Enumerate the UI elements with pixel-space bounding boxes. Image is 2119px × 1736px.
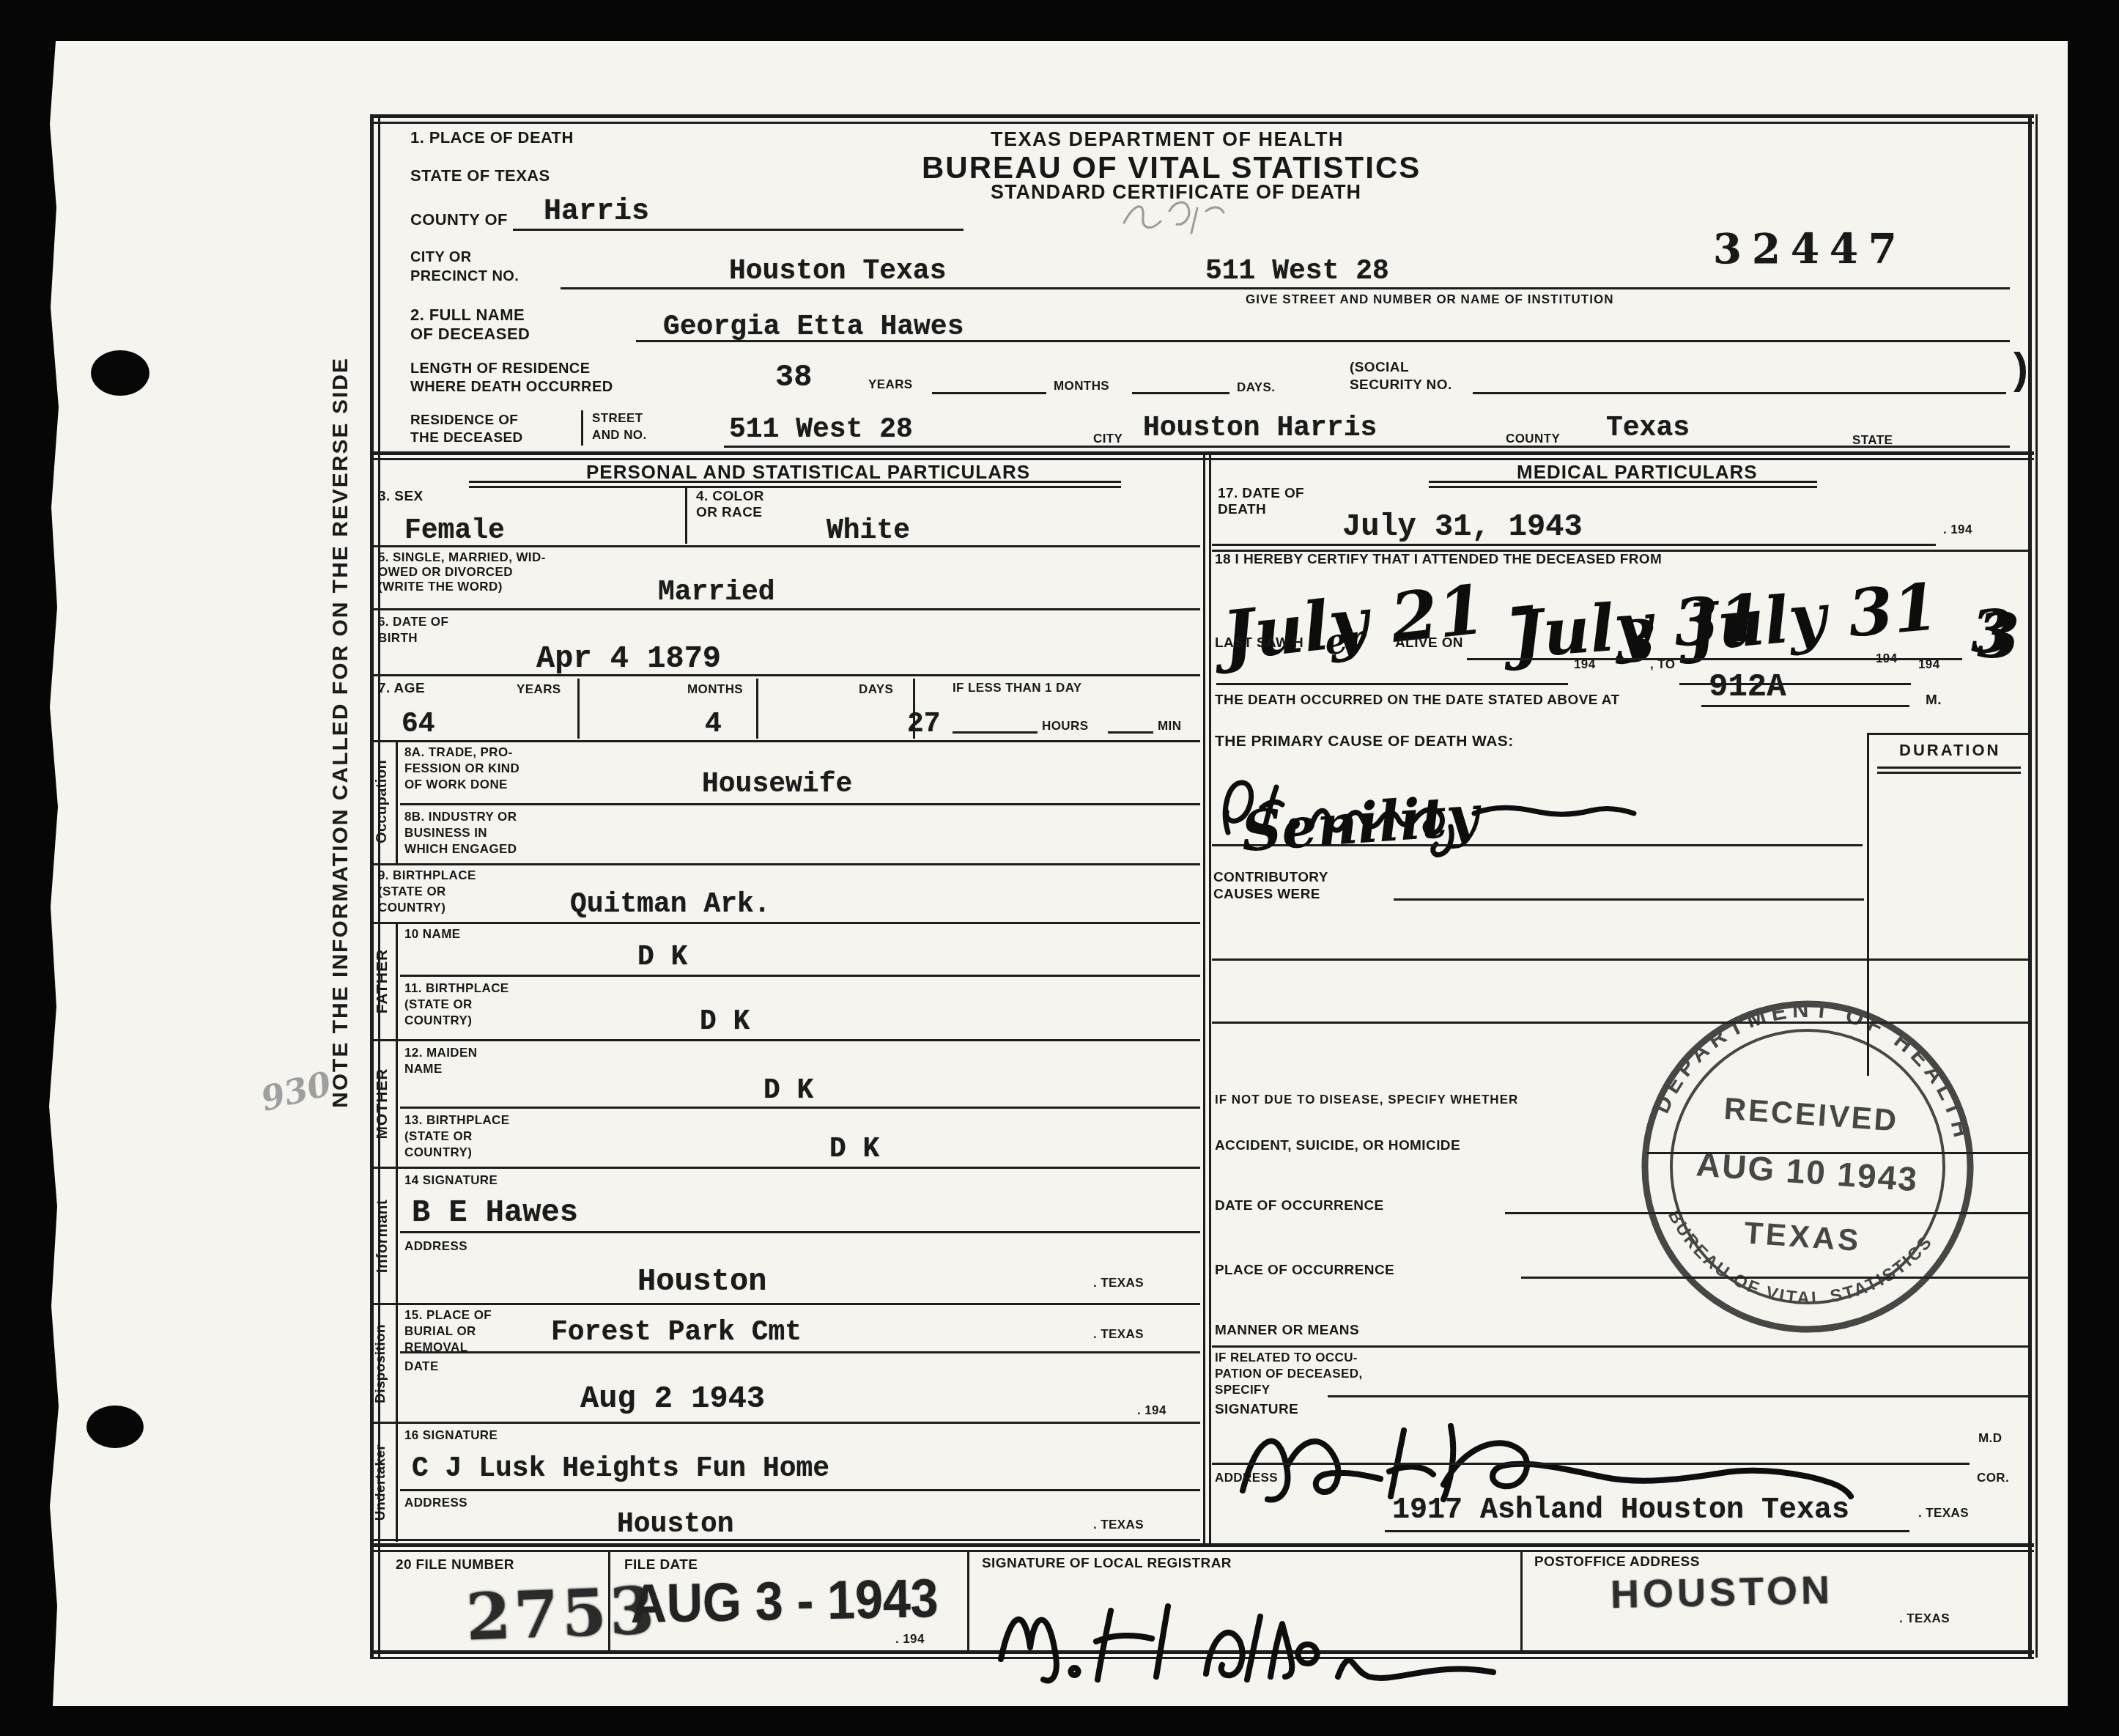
stamp-date: AUG 10 1943 (1695, 1145, 1919, 1198)
related-label3: SPECIFY (1215, 1384, 1271, 1397)
sex-label: 3. SEX (378, 490, 424, 505)
field-line (400, 975, 1200, 977)
informant-sig-value: B E Hawes (412, 1197, 578, 1228)
field-line (1328, 1395, 2030, 1397)
column-divider2 (1209, 451, 1211, 1546)
handwritten-er: er (1323, 620, 1368, 660)
field-line (932, 392, 1046, 394)
field-line (372, 1422, 1200, 1424)
field-line (1701, 705, 1909, 707)
mother-bp-label2: (STATE OR (404, 1130, 473, 1144)
age-divider (577, 679, 580, 739)
city-value: Houston Texas (729, 258, 946, 286)
mother-name-label2: NAME (404, 1063, 443, 1076)
mother-bp-label3: COUNTRY) (404, 1146, 472, 1160)
dod-label: 17. DATE OF (1218, 487, 1304, 502)
trade-label2: FESSION OR KIND (404, 762, 519, 776)
field-line (372, 1167, 1200, 1169)
field-line (372, 608, 1200, 610)
field-line (513, 229, 964, 231)
md-addr-value: 1917 Ashland Houston Texas (1392, 1496, 1849, 1526)
field-line (1394, 898, 1864, 901)
handwritten-cause-line2: Senility (1240, 788, 1481, 860)
punch-hole-top (91, 350, 149, 396)
informant-sig-label: 14 SIGNATURE (404, 1174, 498, 1188)
handwritten-registrar-signature (988, 1565, 1515, 1704)
band-divider4 (396, 1168, 398, 1303)
section-rule (370, 451, 2034, 455)
city-label2: PRECINCT NO. (410, 268, 519, 284)
contributory-label: CONTRIBUTORY (1213, 871, 1328, 886)
trade-value: Housewife (702, 771, 852, 799)
burial-date-value: Aug 2 1943 (580, 1384, 765, 1414)
form-border-top (370, 114, 2034, 118)
suffix-194: . 194 (1137, 1404, 1166, 1418)
duration-label: DURATION (1899, 742, 2000, 759)
field-line (1212, 959, 2030, 961)
place-of-death-label: 1. PLACE OF DEATH (410, 129, 574, 147)
dod-194: . 194 (1943, 523, 1972, 537)
disposition-side-label: Disposition (374, 1306, 389, 1422)
ssn-close-paren: ) (2013, 344, 2028, 393)
duration-underline2 (1877, 772, 2021, 774)
industry-label: 8B. INDUSTRY OR (404, 810, 517, 824)
age-days-value: 27 (907, 711, 941, 739)
sex-value: Female (404, 517, 505, 545)
field-line (372, 1303, 1200, 1305)
less-day-label: IF LESS THAN 1 DAY (953, 682, 1082, 695)
mother-side-label: MOTHER (374, 1041, 391, 1167)
industry-label2: BUSINESS IN (404, 827, 487, 841)
scanned-death-certificate: NOTE THE INFORMATION CALLED FOR ON THE R… (0, 0, 2119, 1736)
color-label2: OR RACE (696, 506, 762, 521)
burial-label2: BURIAL OR (404, 1325, 476, 1339)
mother-name-value: D K (763, 1077, 813, 1105)
dob-value: Apr 4 1879 (536, 643, 721, 674)
texas-suffix2: . TEXAS (1093, 1328, 1144, 1342)
color-label: 4. COLOR (696, 490, 764, 505)
field-line (1385, 1530, 1909, 1532)
min-label: MIN (1158, 720, 1181, 734)
po-address-stamp: HOUSTON (1610, 1570, 1833, 1614)
burial-place-value: Forest Park Cmt (551, 1319, 802, 1347)
title-underline4 (1429, 486, 1817, 488)
birthplace-label2: (STATE OR (378, 885, 446, 899)
form-border-right (2028, 114, 2032, 1658)
res-city-label: CITY (1093, 432, 1123, 446)
street-note: GIVE STREET AND NUMBER OR NAME OF INSTIT… (1246, 293, 1613, 307)
not-disease-label: IF NOT DUE TO DISEASE, SPECIFY WHETHER (1215, 1093, 1518, 1107)
stamp-state: TEXAS (1743, 1215, 1863, 1257)
dod-value: July 31, 1943 (1342, 511, 1583, 542)
texas-suffix4: . TEXAS (1918, 1507, 1969, 1521)
birthplace-label3: COUNTRY) (378, 901, 445, 915)
band-divider3 (396, 1041, 398, 1167)
texas-suffix5: . TEXAS (1899, 1612, 1950, 1626)
field-line (372, 545, 1200, 547)
field-line (400, 1351, 1200, 1353)
undertaker-addr-label: ADDRESS (404, 1496, 467, 1510)
field-line (636, 340, 2010, 342)
father-name-value: D K (637, 944, 687, 972)
fullname-label2: OF DECEASED (410, 325, 530, 343)
street-no-label2: AND NO. (592, 429, 647, 443)
section-rule2 (370, 458, 2034, 460)
punch-hole-bottom (86, 1406, 144, 1448)
md-label: M.D (1978, 1432, 2002, 1446)
m-label: M. (1926, 693, 1942, 709)
father-bp-label3: COUNTRY) (404, 1014, 472, 1028)
dod-label2: DEATH (1218, 503, 1266, 518)
po-address-label: POSTOFFICE ADDRESS (1534, 1555, 1700, 1570)
city-label: CITY OR (410, 249, 472, 265)
texas-suffix3: . TEXAS (1093, 1518, 1144, 1532)
footer-divider2 (967, 1550, 969, 1652)
last-saw-label: LAST SAW H (1215, 636, 1303, 651)
field-line (372, 740, 1200, 742)
birthplace-label: 9. BIRTHPLACE (378, 869, 476, 883)
file-date-194: . 194 (895, 1633, 925, 1647)
file-number-label: 20 FILE NUMBER (396, 1558, 514, 1573)
field-line (724, 446, 2010, 448)
residence-length-label: LENGTH OF RESIDENCE (410, 361, 590, 377)
duration-box-top (1867, 733, 2031, 735)
informant-side-label: Informant (374, 1168, 391, 1304)
occupation-side-label: Occupation (374, 742, 390, 862)
contributory-label2: CAUSES WERE (1213, 887, 1320, 903)
related-label: IF RELATED TO OCCU- (1215, 1351, 1358, 1365)
informant-addr-value: Houston (637, 1266, 766, 1297)
field-line (372, 1039, 1200, 1041)
mother-bp-label: 13. BIRTHPLACE (404, 1114, 510, 1128)
county-label: COUNTY OF (410, 211, 508, 229)
dob-label: 6. DATE OF (378, 616, 448, 629)
field-line (1467, 658, 1962, 660)
certify-label: 18 I HEREBY CERTIFY THAT I ATTENDED THE … (1215, 553, 1662, 568)
street-value: 511 West 28 (1205, 258, 1389, 286)
residence-length-value: 38 (775, 362, 812, 393)
res-county-label: COUNTY (1506, 432, 1560, 446)
years-label: YEARS (868, 378, 913, 392)
dob-label2: BIRTH (378, 632, 418, 646)
residence-label2: THE DECEASED (410, 431, 523, 446)
father-bp-label2: (STATE OR (404, 998, 473, 1012)
field-line (400, 803, 1200, 805)
birthplace-value: Quitman Ark. (570, 891, 771, 919)
handwritten-last-saw-date: July 31 (1510, 585, 1766, 667)
res-county-value: Texas (1606, 415, 1690, 443)
death-time-label: THE DEATH OCCURRED ON THE DATE STATED AB… (1215, 693, 1620, 709)
field-line (400, 1231, 1200, 1233)
divider-tick (581, 410, 583, 446)
fullname-value: Georgia Etta Hawes (663, 314, 964, 341)
certificate-title: STANDARD CERTIFICATE OF DEATH (991, 182, 1361, 204)
age-label: 7. AGE (378, 682, 425, 697)
field-line (372, 1539, 1200, 1541)
cell-divider (685, 487, 687, 544)
residence-street-value: 511 West 28 (729, 416, 913, 444)
title-underline (469, 481, 1121, 483)
marital-value: Married (658, 579, 775, 607)
accident-label: ACCIDENT, SUICIDE, OR HOMICIDE (1215, 1139, 1460, 1154)
field-line (561, 287, 2010, 289)
footer-rule2 (370, 1550, 2034, 1552)
marital-label: 5. SINGLE, MARRIED, WID- (378, 551, 546, 565)
county-value: Harris (544, 198, 649, 227)
age-years-label: YEARS (517, 683, 561, 697)
ssn-label2: SECURITY NO. (1350, 378, 1452, 394)
file-date-label: FILE DATE (624, 1558, 698, 1573)
personal-section-title: PERSONAL AND STATISTICAL PARTICULARS (586, 462, 1030, 483)
field-line (400, 1107, 1200, 1109)
res-city-value: Houston Harris (1143, 415, 1377, 443)
field-line (372, 863, 1200, 865)
informant-addr-label: ADDRESS (404, 1240, 467, 1254)
column-divider (1203, 451, 1205, 1546)
hours-label: HOURS (1042, 720, 1088, 734)
alive-on-label: ALIVE ON (1395, 636, 1463, 651)
band-divider (396, 742, 398, 863)
months-label: MONTHS (1054, 380, 1109, 394)
form-border-right2 (2035, 114, 2038, 1658)
field-line (400, 1489, 1200, 1491)
field-line (1216, 683, 1568, 685)
age-days-label: DAYS (859, 683, 893, 697)
mother-bp-value: D K (829, 1136, 879, 1164)
occurrence-date-label: DATE OF OCCURRENCE (1215, 1199, 1384, 1214)
ssn-label: (SOCIAL (1350, 361, 1409, 376)
stamp-received: RECEIVED (1723, 1091, 1899, 1138)
industry-label3: WHICH ENGAGED (404, 843, 517, 857)
father-side-label: FATHER (374, 923, 391, 1039)
field-line (372, 674, 1200, 676)
field-line (1212, 1463, 1970, 1465)
file-number-stamp: 2753 (465, 1578, 659, 1649)
residence-label: RESIDENCE OF (410, 413, 518, 429)
undertaker-addr-value: Houston (617, 1511, 734, 1539)
days-label: DAYS. (1237, 381, 1275, 395)
hours-line (953, 731, 1038, 734)
undertaker-sig-label: 16 SIGNATURE (404, 1429, 498, 1443)
mother-name-label: 12. MAIDEN (404, 1046, 477, 1060)
residence-length-label2: WHERE DEATH OCCURRED (410, 379, 613, 395)
burial-date-label: DATE (404, 1360, 439, 1374)
father-bp-value: D K (700, 1008, 750, 1036)
cor-label: COR. (1977, 1471, 2009, 1485)
state-label: STATE OF TEXAS (410, 167, 550, 185)
footer-divider3 (1520, 1550, 1523, 1652)
field-line (1473, 392, 2006, 394)
received-stamp: DEPARTMENT OF HEALTH BUREAU OF VITAL STA… (1624, 983, 1992, 1351)
age-divider2 (756, 679, 758, 739)
age-years-value: 64 (402, 711, 435, 739)
band-divider6 (396, 1423, 398, 1542)
min-line (1108, 731, 1153, 734)
field-line (1212, 544, 1936, 546)
field-line (372, 922, 1200, 924)
trade-label: 8A. TRADE, PRO- (404, 746, 513, 760)
bureau-title: BUREAU OF VITAL STATISTICS (922, 151, 1421, 185)
undertaker-sig-value: C J Lusk Heights Fun Home (412, 1455, 829, 1483)
duration-underline (1877, 767, 2021, 769)
field-line (1132, 392, 1229, 394)
handwritten-3c: 3 (1971, 602, 2012, 661)
marital-label3: (WRITE THE WORD) (378, 580, 503, 594)
age-months-label: MONTHS (687, 683, 743, 697)
title-underline3 (1429, 481, 1817, 483)
manner-label: MANNER OR MEANS (1215, 1323, 1359, 1339)
age-months-value: 4 (705, 711, 722, 739)
father-bp-label: 11. BIRTHPLACE (404, 982, 509, 996)
band-divider5 (396, 1304, 398, 1422)
burial-label: 15. PLACE OF (404, 1309, 492, 1323)
title-underline2 (469, 486, 1121, 488)
primary-cause-label: THE PRIMARY CAUSE OF DEATH WAS: (1215, 733, 1514, 750)
band-divider2 (396, 923, 398, 1039)
margin-note: NOTE THE INFORMATION CALLED FOR ON THE R… (328, 100, 352, 1364)
md-addr-label: ADDRESS (1215, 1471, 1278, 1485)
death-time-value: 912A (1709, 671, 1786, 703)
texas-suffix: . TEXAS (1093, 1277, 1144, 1290)
trade-label3: OF WORK DONE (404, 778, 508, 792)
certificate-number: 32447 (1713, 229, 1907, 270)
fullname-label: 2. FULL NAME (410, 306, 525, 324)
color-value: White (826, 517, 910, 545)
form-border-top2 (370, 122, 2034, 124)
street-no-label: STREET (592, 412, 643, 426)
dept-title: TEXAS DEPARTMENT OF HEALTH (991, 129, 1344, 151)
occurrence-place-label: PLACE OF OCCURRENCE (1215, 1263, 1394, 1279)
related-label2: PATION OF DECEASED, (1215, 1367, 1363, 1381)
medical-section-title: MEDICAL PARTICULARS (1517, 462, 1758, 483)
father-name-label: 10 NAME (404, 928, 461, 942)
footer-rule (370, 1543, 2034, 1547)
file-date-stamp: AUG 3 - 1943 (630, 1571, 939, 1631)
marital-label2: OWED OR DIVORCED (378, 566, 513, 580)
undertaker-side-label: Undertaker (374, 1423, 389, 1542)
